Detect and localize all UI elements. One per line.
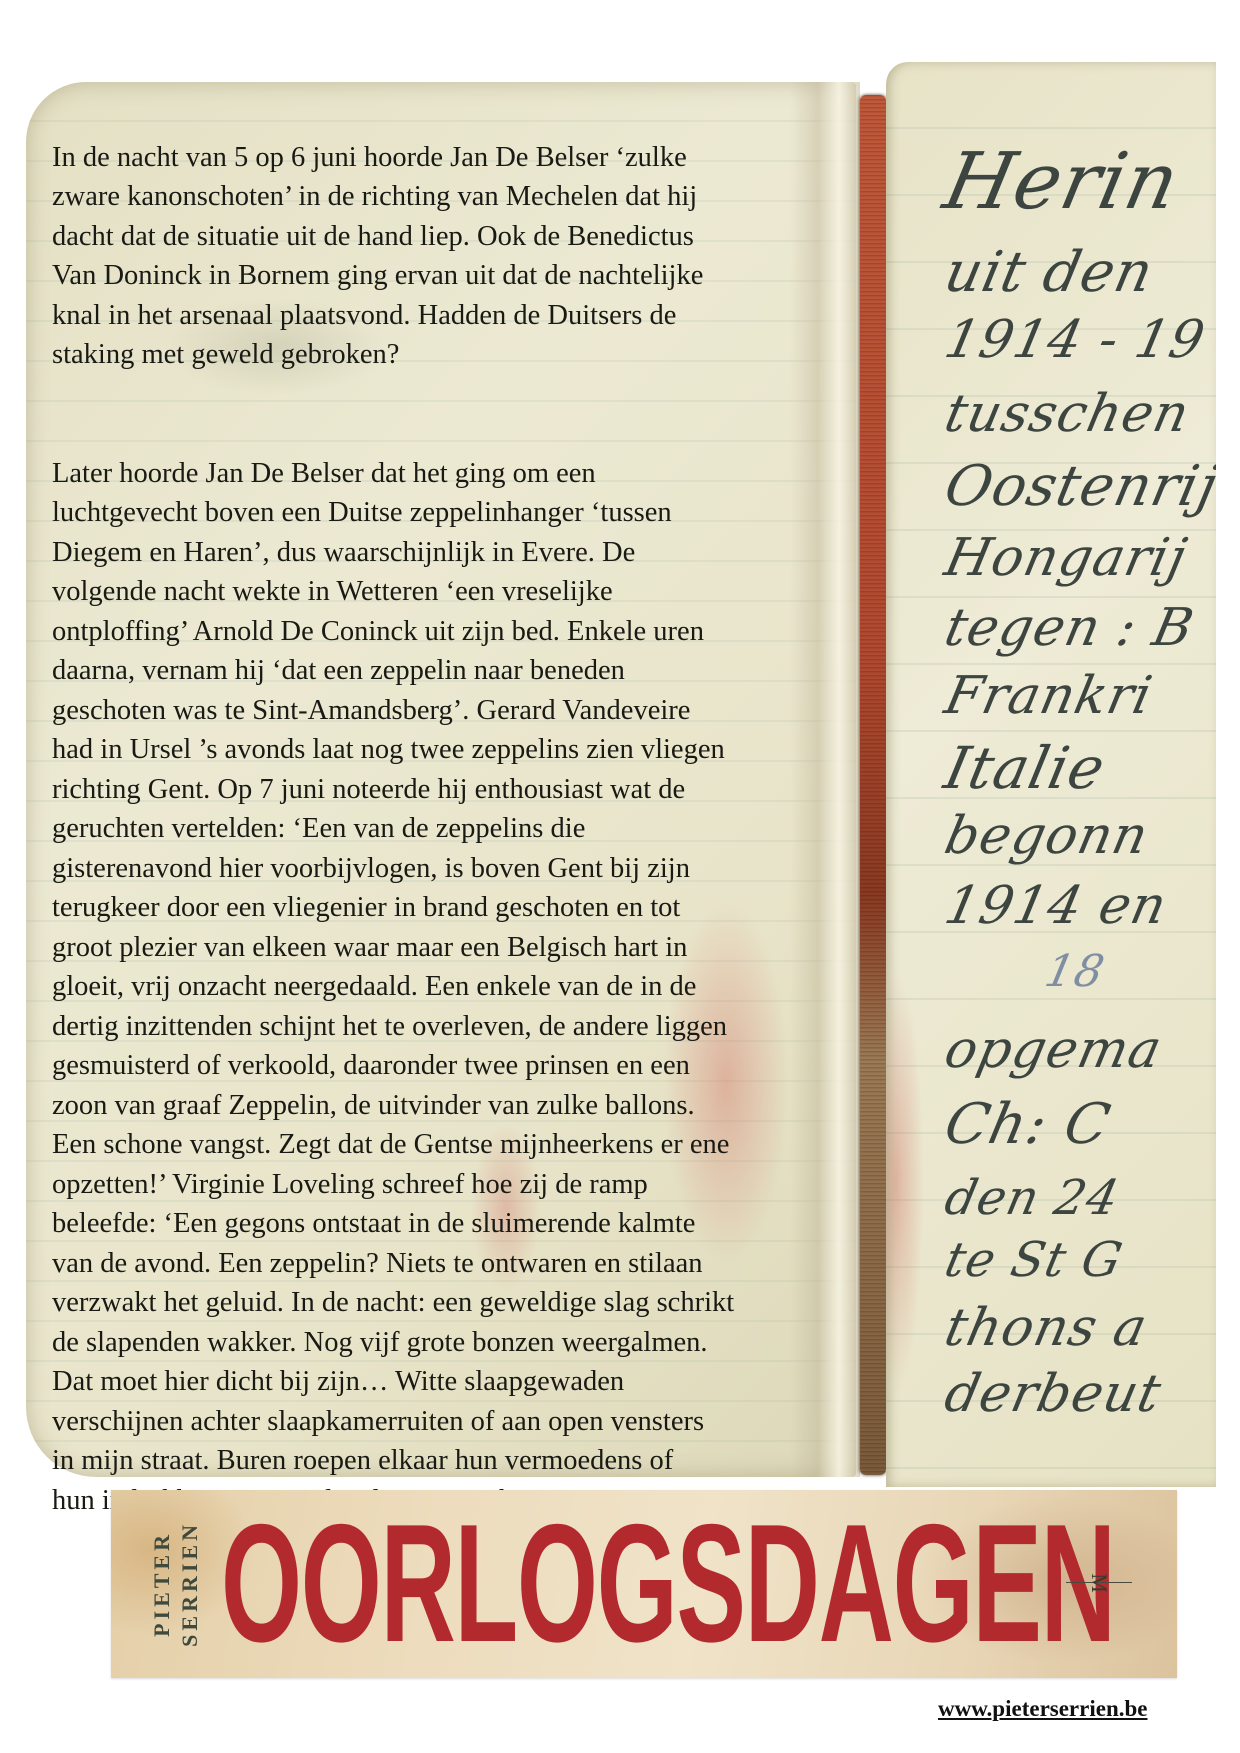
article-line: gesmuisterd of verkoold, daaronder twee … bbox=[52, 1050, 690, 1081]
book-title: OORLOGSDAGEN bbox=[221, 1498, 1115, 1668]
article-line: in mijn straat. Buren roepen elkaar hun … bbox=[52, 1445, 673, 1476]
article-line: terugkeer door een vliegenier in brand g… bbox=[52, 892, 680, 923]
publisher-logo: M bbox=[1066, 1568, 1132, 1598]
publisher-mark-icon: M bbox=[1086, 1573, 1112, 1593]
handwritten-line: 1914 - 19 bbox=[940, 310, 1211, 370]
handwritten-line: tegen : B bbox=[940, 598, 1200, 658]
article-line: Diegem en Haren’, dus waarschijnlijk in … bbox=[52, 537, 635, 568]
article-line: richting Gent. Op 7 juni noteerde hij en… bbox=[52, 774, 685, 805]
article-line: verschijnen achter slaapkamerruiten of a… bbox=[52, 1406, 704, 1437]
handwritten-line: Herin bbox=[936, 137, 1187, 227]
article-line: Van Doninck in Bornem ging ervan uit dat… bbox=[52, 260, 703, 291]
handwritten-line: thons a bbox=[940, 1298, 1153, 1358]
author-name: PIETER SERRIEN bbox=[141, 1502, 211, 1666]
article-line: staking met geweld gebroken? bbox=[52, 339, 399, 370]
article-line: volgende nacht wekte in Wetteren ‘een vr… bbox=[52, 576, 613, 607]
handwritten-line: Oostenrij bbox=[939, 454, 1216, 519]
handwritten-line: 1914 en bbox=[940, 876, 1173, 936]
article-line: van de avond. Een zeppelin? Niets te ont… bbox=[52, 1248, 703, 1279]
handwritten-line: Italie bbox=[939, 734, 1112, 802]
article-line: zoon van graaf Zeppelin, de uitvinder va… bbox=[52, 1090, 695, 1121]
author-first-name: PIETER bbox=[149, 1531, 175, 1637]
article-line: dacht dat de situatie uit de hand liep. … bbox=[52, 221, 694, 252]
article-line: groot plezier van elkeen waar maar een B… bbox=[52, 932, 687, 963]
handwritten-line: opgema bbox=[940, 1020, 1168, 1080]
article-line: geruchten vertelden: ‘Een van de zeppeli… bbox=[52, 813, 585, 844]
article-line: gisterenavond hier voorbijvlogen, is bov… bbox=[52, 853, 690, 884]
article-line: beleefde: ‘Een gegons ontstaat in de slu… bbox=[52, 1208, 695, 1239]
handwritten-line: den 24 bbox=[940, 1170, 1124, 1226]
article-line: daarna, vernam hij ‘dat een zeppelin naa… bbox=[52, 655, 625, 686]
article-line: had in Ursel ’s avonds laat nog twee zep… bbox=[52, 734, 725, 765]
article-line: geschoten was te Sint-Amandsberg’. Gerar… bbox=[52, 695, 690, 726]
article-line: luchtgevecht boven een Duitse zeppelinha… bbox=[52, 497, 672, 528]
article-paragraph-1: In de nacht van 5 op 6 juni hoorde Jan D… bbox=[52, 138, 842, 375]
website-link[interactable]: www.pieterserrien.be bbox=[938, 1696, 1148, 1722]
article-line: Dat moet hier dicht bij zijn… Witte slaa… bbox=[52, 1366, 624, 1397]
article-line: verzwakt het geluid. In de nacht: een ge… bbox=[52, 1287, 734, 1318]
handwritten-line: Frankri bbox=[940, 666, 1158, 726]
notebook-spine bbox=[860, 95, 886, 1475]
author-last-name: SERRIEN bbox=[177, 1521, 203, 1647]
article-line: In de nacht van 5 op 6 juni hoorde Jan D… bbox=[52, 142, 687, 173]
article-line: Een schone vangst. Zegt dat de Gentse mi… bbox=[52, 1129, 729, 1160]
article-line: Later hoorde Jan De Belser dat het ging … bbox=[52, 458, 596, 489]
article-line: knal in het arsenaal plaatsvond. Hadden … bbox=[52, 300, 676, 331]
notebook-right-page-handwritten: Herinuit den1914 - 19tusschenOostenrijHo… bbox=[886, 62, 1216, 1487]
article-paragraph-2: Later hoorde Jan De Belser dat het ging … bbox=[52, 454, 842, 1521]
handwritten-line: 18 bbox=[1041, 946, 1110, 997]
handwritten-line: te St G bbox=[940, 1232, 1128, 1288]
article-line: zware kanonschoten’ in de richting van M… bbox=[52, 181, 697, 212]
article-line: de slapenden wakker. Nog vijf grote bonz… bbox=[52, 1327, 708, 1358]
article-line: gloeit, vrij onzacht neergedaald. Een en… bbox=[52, 971, 696, 1002]
article-line: opzetten!’ Virginie Loveling schreef hoe… bbox=[52, 1169, 648, 1200]
handwritten-line: derbeut bbox=[940, 1364, 1167, 1424]
handwritten-line: Hongarij bbox=[940, 528, 1193, 588]
article-body: In de nacht van 5 op 6 juni hoorde Jan D… bbox=[52, 98, 842, 1560]
article-line: dertig inzittenden schijnt het te overle… bbox=[52, 1011, 727, 1042]
handwritten-line: begonn bbox=[940, 806, 1154, 866]
handwritten-line: uit den bbox=[939, 240, 1159, 305]
article-line: ontploffing’ Arnold De Coninck uit zijn … bbox=[52, 616, 704, 647]
book-banner: PIETER SERRIEN OORLOGSDAGEN M bbox=[111, 1490, 1177, 1678]
handwritten-line: tusschen bbox=[940, 384, 1195, 444]
handwritten-line: Ch: C bbox=[939, 1092, 1116, 1157]
